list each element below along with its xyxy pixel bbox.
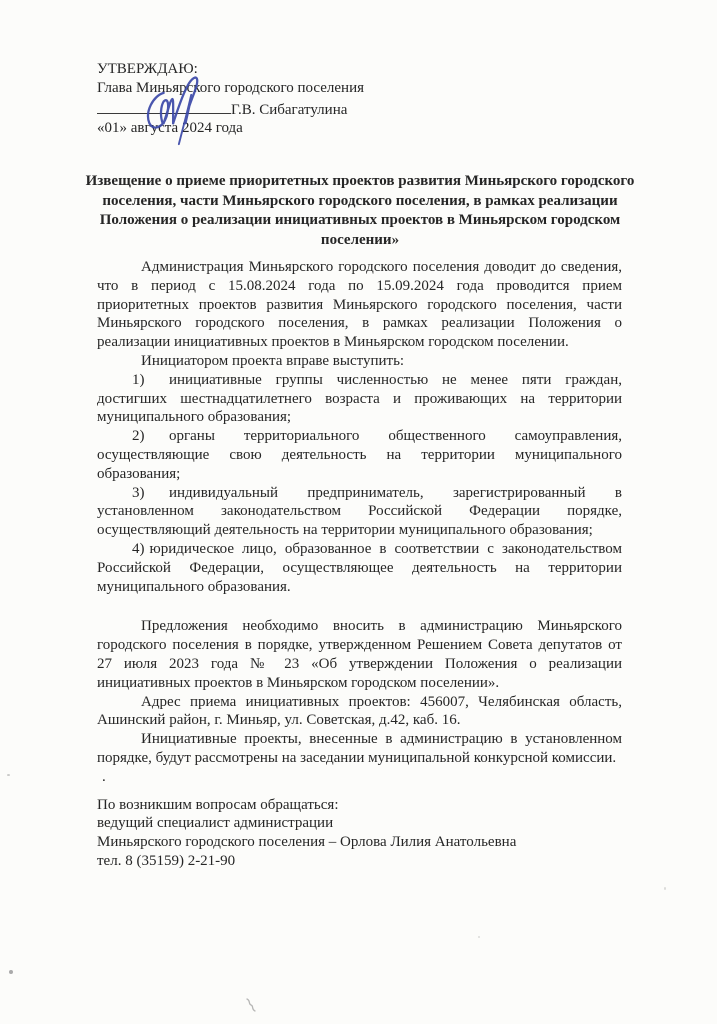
list-item-3: 3)индивидуальный предприниматель, зареги… bbox=[97, 484, 622, 540]
list-item-4: 4)юридическое лицо, образованное в соотв… bbox=[97, 540, 622, 596]
paragraph-commission: Инициативные проекты, внесенные в админи… bbox=[97, 730, 622, 768]
signatory-name: Г.В. Сибагатулина bbox=[231, 102, 347, 118]
contact-phone: тел. 8 (35159) 2-21-90 bbox=[97, 852, 622, 871]
contact-person: Миньярского городского поселения – Орлов… bbox=[97, 833, 622, 852]
paragraph-announcement: Администрация Миньярского городского пос… bbox=[97, 258, 622, 352]
list-marker: 4) bbox=[132, 540, 145, 559]
signature-line bbox=[97, 98, 231, 114]
document-title: Извещение о приеме приоритетных проектов… bbox=[80, 172, 640, 250]
contact-block: По возникшим вопросам обращаться: ведущи… bbox=[97, 796, 622, 871]
paragraph-proposals: Предложения необходимо вносить в админис… bbox=[97, 617, 622, 692]
list-item-1: 1)инициативные группы численностью не ме… bbox=[97, 371, 622, 427]
document-page: УТВЕРЖДАЮ: Глава Миньярского городского … bbox=[0, 0, 717, 1024]
list-marker: 3) bbox=[132, 484, 169, 503]
list-item-text: индивидуальный предприниматель, зарегист… bbox=[97, 485, 622, 539]
scan-squiggle bbox=[243, 997, 261, 1013]
list-marker: 2) bbox=[132, 427, 169, 446]
list-item-text: инициативные группы численностью не мене… bbox=[97, 372, 622, 426]
approval-date: «01» августа 2024 года bbox=[97, 119, 622, 138]
scan-speck bbox=[478, 936, 480, 938]
approve-label: УТВЕРЖДАЮ: bbox=[97, 60, 622, 79]
document-body: Администрация Миньярского городского пос… bbox=[97, 258, 622, 871]
list-item-text: органы территориального общественного са… bbox=[97, 428, 622, 482]
list-item-text: юридическое лицо, образованное в соответ… bbox=[97, 541, 622, 595]
list-item-2: 2)органы территориального общественного … bbox=[97, 427, 622, 483]
signature-row: Г.В. Сибагатулина bbox=[97, 98, 622, 120]
contact-intro: По возникшим вопросам обращаться: bbox=[97, 796, 622, 815]
list-marker: 1) bbox=[132, 371, 169, 390]
approval-block: УТВЕРЖДАЮ: Глава Миньярского городского … bbox=[97, 60, 622, 138]
scan-speck bbox=[664, 887, 666, 890]
approver-title: Глава Миньярского городского поселения bbox=[97, 79, 622, 98]
paragraph-address: Адрес приема инициативных проектов: 4560… bbox=[97, 693, 622, 731]
stray-dot: . bbox=[97, 768, 622, 787]
contact-position: ведущий специалист администрации bbox=[97, 814, 622, 833]
scan-speck bbox=[9, 970, 13, 974]
paragraph-initiators-intro: Инициатором проекта вправе выступить: bbox=[97, 352, 622, 371]
scan-speck bbox=[7, 774, 10, 776]
